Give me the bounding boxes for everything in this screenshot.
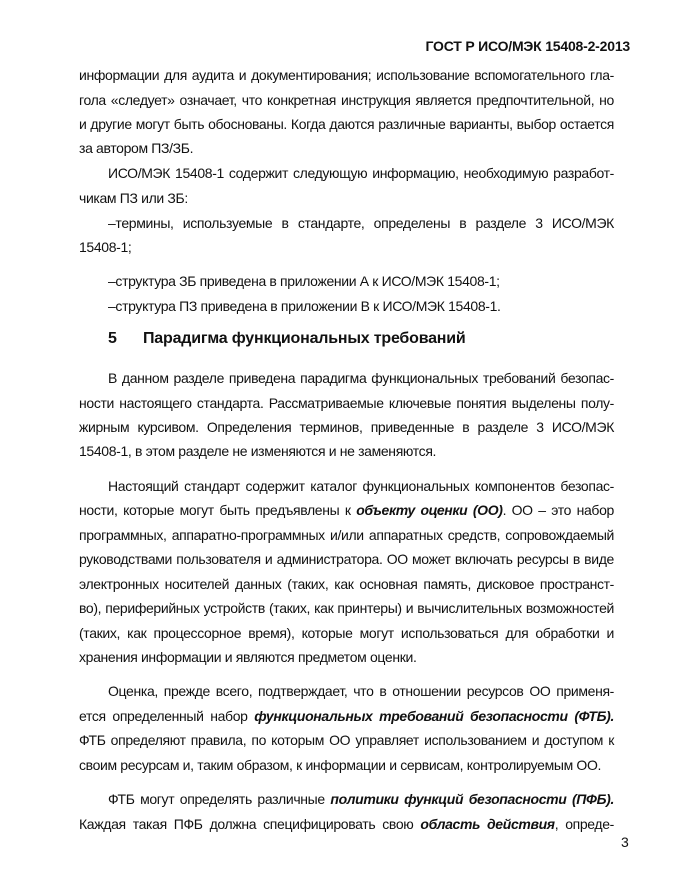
defined-term-tsfp: политики функций безопасности (ПФБ). <box>330 791 614 807</box>
text-line: ИСО/МЭК 15408-1 содержит следующую инфор… <box>108 163 614 183</box>
text-line: своим ресурсам и, таким образом, к инфор… <box>79 755 614 775</box>
list-item-line: –структура ПЗ приведена в приложении В к… <box>108 296 614 316</box>
list-item-line: –термины, используемые в стандарте, опре… <box>108 213 614 233</box>
text-line: за автором ПЗ/ЗБ. <box>79 138 614 158</box>
text-line: жирным курсивом. Определения терминов, п… <box>79 417 614 437</box>
text-line: хранения информации и являются предметом… <box>79 647 614 667</box>
text-line: во), периферийных устройств (таких, как … <box>79 598 614 618</box>
defined-term-scope: область действия <box>420 816 554 832</box>
section-heading: 5Парадигма функциональных требований <box>108 330 466 348</box>
text-run: . ОО – это набор <box>503 502 614 518</box>
text-line: (таких, как процессорное время), которые… <box>79 623 614 643</box>
text-line: ФТБ определяют правила, по которым ОО уп… <box>79 730 614 750</box>
text-line-with-term: ности, которые могут быть предъявлены к … <box>79 500 614 520</box>
text-run: Каждая такая ПФБ должна специфицировать … <box>79 816 420 832</box>
list-item-line: 15408-1; <box>79 237 614 257</box>
text-line: информации для аудита и документирования… <box>79 65 614 85</box>
text-line: гола «следует» означает, что конкретная … <box>79 90 614 110</box>
text-line-with-term: Каждая такая ПФБ должна специфицировать … <box>79 814 614 834</box>
text-line: руководствами пользователя и администрат… <box>79 549 614 569</box>
text-run: , опреде- <box>555 816 614 832</box>
text-run: ФТБ могут определять различные <box>108 791 330 807</box>
text-run: ется определенный набор <box>79 708 254 724</box>
section-number: 5 <box>108 330 143 348</box>
page-number: 3 <box>621 834 629 850</box>
defined-term-toe: объекту оценки (ОО) <box>356 502 502 518</box>
text-line: В данном разделе приведена парадигма фун… <box>108 368 614 388</box>
text-line-with-term: ется определенный набор функциональных т… <box>79 706 614 726</box>
text-line: программных, аппаратно-программных и/или… <box>79 525 614 545</box>
text-line: чикам ПЗ или ЗБ: <box>79 188 614 208</box>
section-title: Парадигма функциональных требований <box>143 330 466 347</box>
text-line: электронных носителей данных (таких, как… <box>79 574 614 594</box>
text-line: ности настоящего стандарта. Рассматривае… <box>79 393 614 413</box>
text-line: Оценка, прежде всего, подтверждает, что … <box>108 681 614 701</box>
text-line: и другие могут быть обоснованы. Когда да… <box>79 114 614 134</box>
defined-term-sfr: функциональных требований безопасности (… <box>254 708 614 724</box>
text-line: Настоящий стандарт содержит каталог функ… <box>108 476 614 496</box>
text-run: ности, которые могут быть предъявлены к <box>79 502 356 518</box>
text-line-with-term: ФТБ могут определять различные политики … <box>108 789 614 809</box>
text-line: 15408-1, в этом разделе не изменяются и … <box>79 441 614 461</box>
list-item-line: –структура ЗБ приведена в приложении А к… <box>108 271 614 291</box>
document-code-header: ГОСТ Р ИСО/МЭК 15408-2-2013 <box>425 38 630 54</box>
